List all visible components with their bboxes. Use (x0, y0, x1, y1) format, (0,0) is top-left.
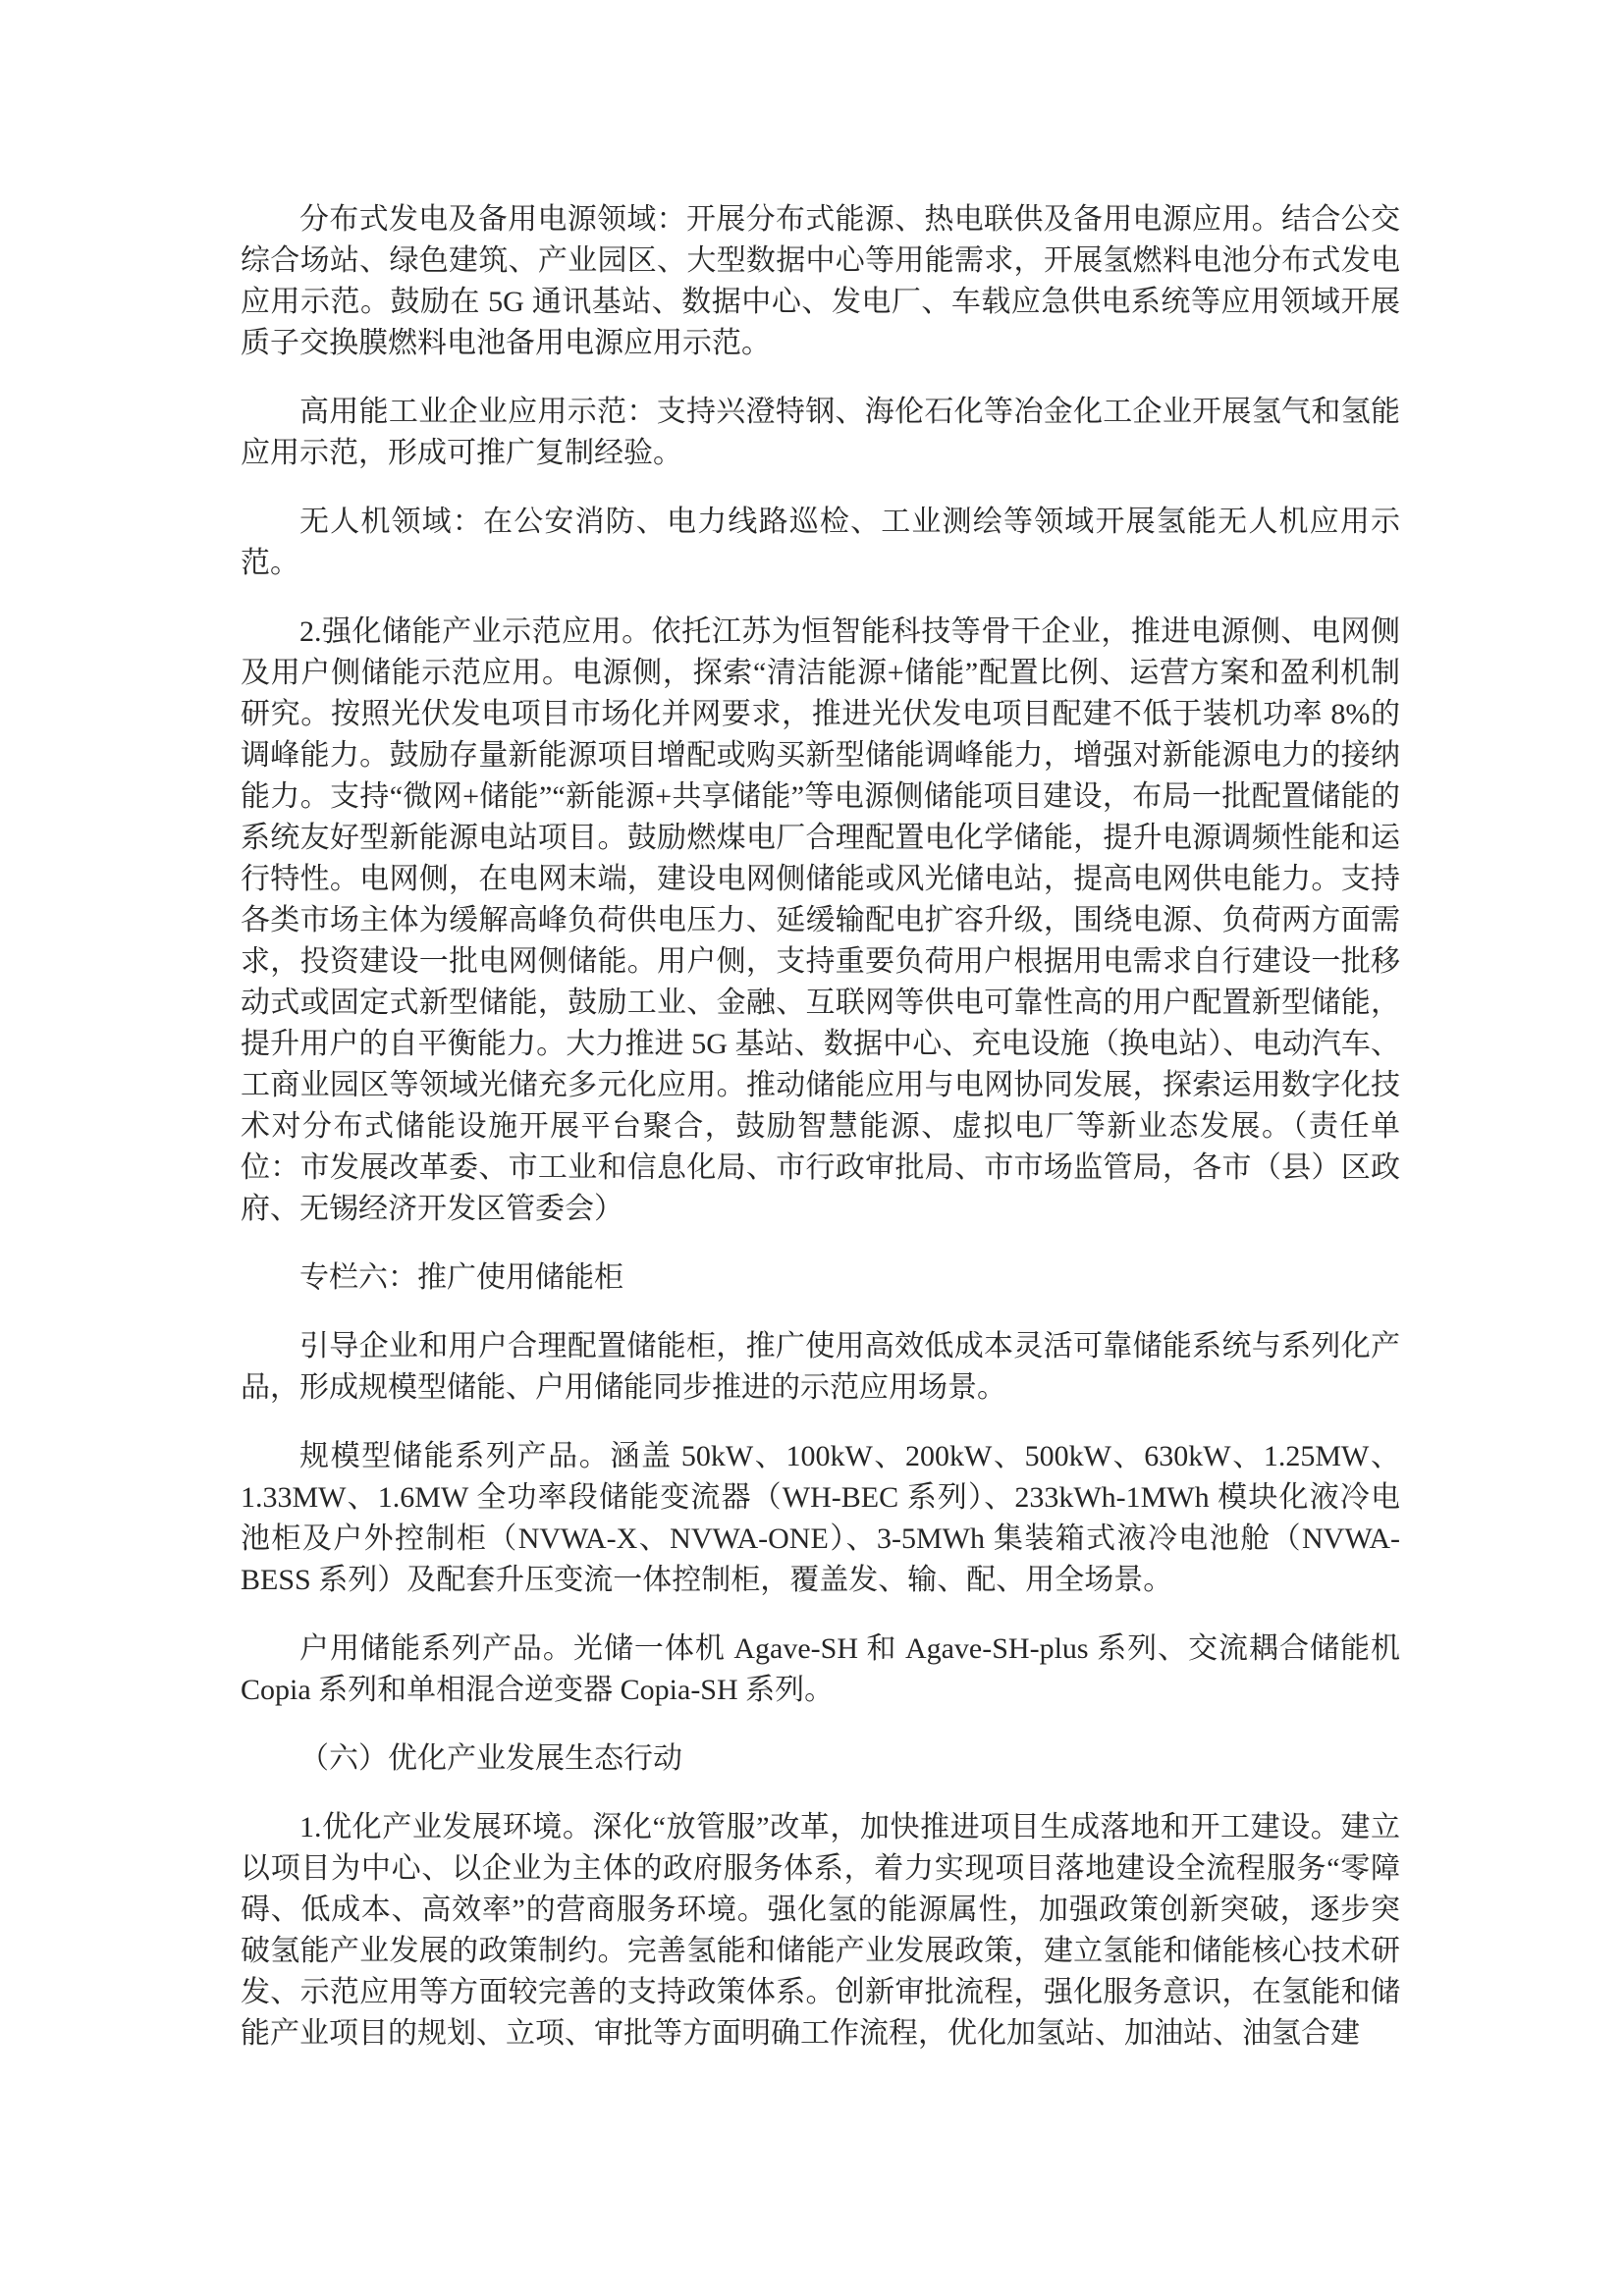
paragraph-strengthen-storage-industry-demo: 2.强化储能产业示范应用。依托江苏为恒智能科技等骨干企业，推进电源侧、电网侧及用… (241, 612, 1400, 1230)
column-six-title: 专栏六：推广使用储能柜 (241, 1257, 1400, 1299)
paragraph-column-six-intro: 引导企业和用户合理配置储能柜，推广使用高效低成本灵活可靠储能系统与系列化产品，形… (241, 1326, 1400, 1409)
section-six-heading: （六）优化产业发展生态行动 (241, 1738, 1400, 1780)
paragraph-high-energy-industrial-demo: 高用能工业企业应用示范：支持兴澄特钢、海伦石化等冶金化工企业开展氢气和氢能应用示… (241, 392, 1400, 474)
paragraph-residential-storage-products: 户用储能系列产品。光储一体机 Agave-SH 和 Agave-SH-plus … (241, 1629, 1400, 1711)
paragraph-grid-scale-storage-products: 规模型储能系列产品。涵盖 50kW、100kW、200kW、500kW、630k… (241, 1436, 1400, 1601)
paragraph-distributed-generation-backup-power: 分布式发电及备用电源领域：开展分布式能源、热电联供及备用电源应用。结合公交综合场… (241, 199, 1400, 364)
document-page: 分布式发电及备用电源领域：开展分布式能源、热电联供及备用电源应用。结合公交综合场… (0, 0, 1624, 2296)
paragraph-optimize-industry-environment: 1.优化产业发展环境。深化“放管服”改革，加快推进项目生成落地和开工建设。建立以… (241, 1807, 1400, 2055)
document-body: 分布式发电及备用电源领域：开展分布式能源、热电联供及备用电源应用。结合公交综合场… (241, 199, 1400, 2055)
paragraph-uav-field: 无人机领域：在公安消防、电力线路巡检、工业测绘等领域开展氢能无人机应用示范。 (241, 502, 1400, 584)
